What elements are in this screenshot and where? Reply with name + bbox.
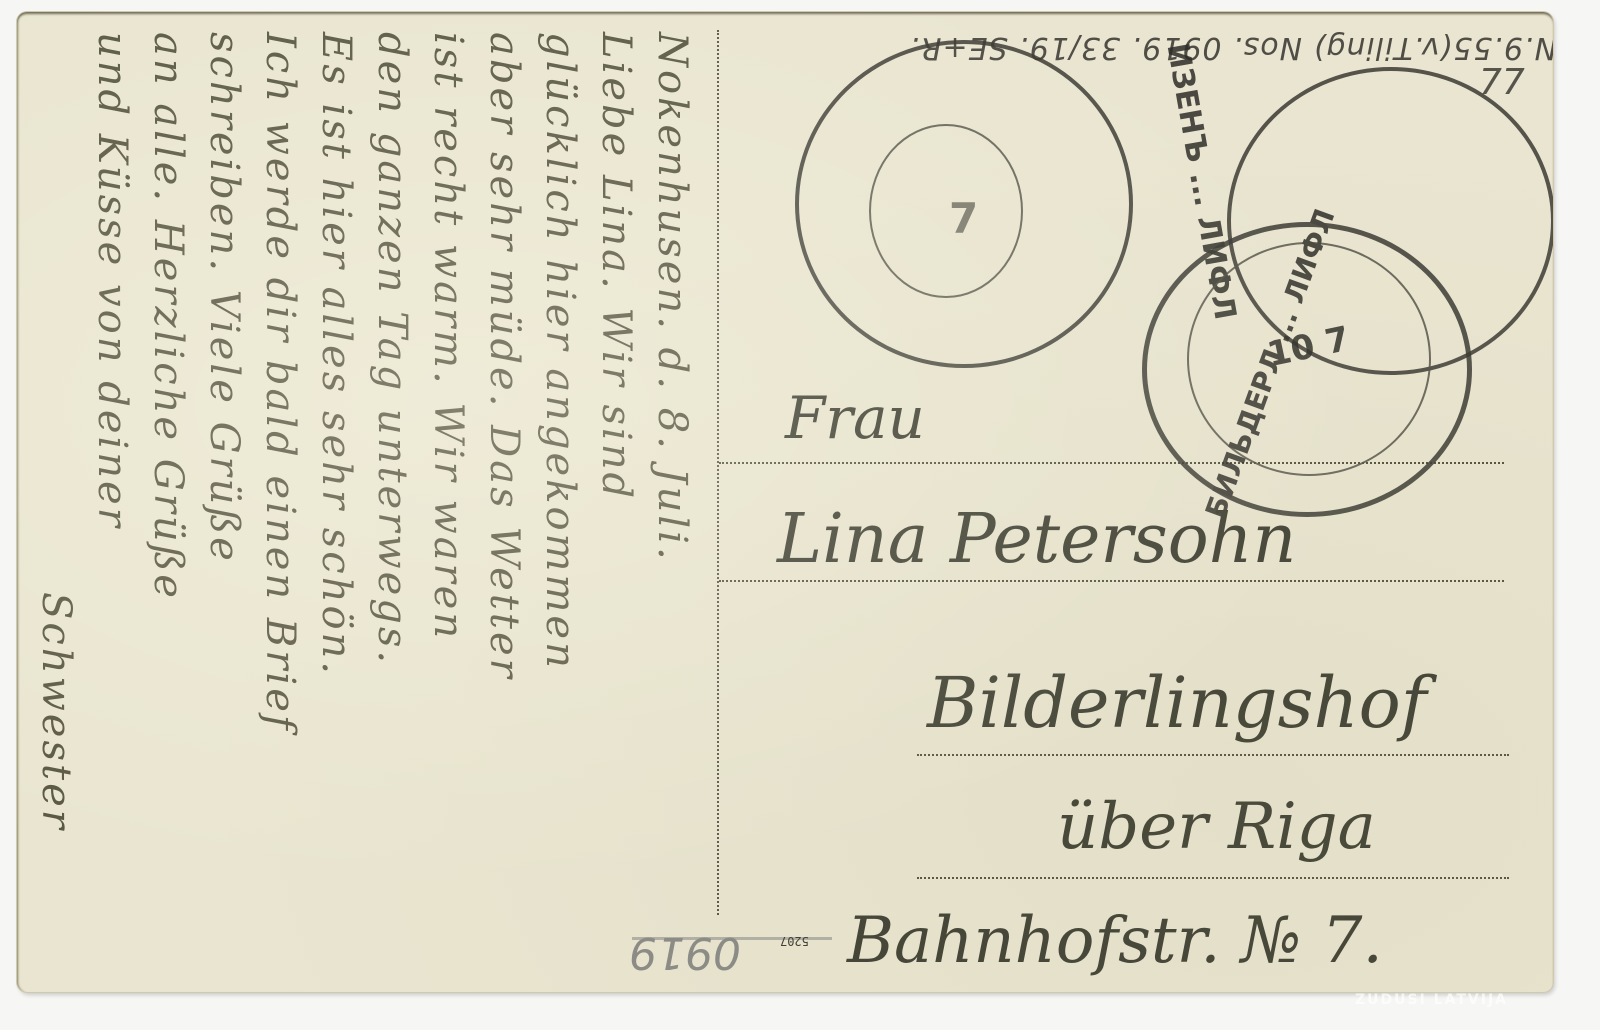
message-line: glücklich hier angekommen	[537, 32, 583, 671]
message-line: an alle. Herzliche Grüße	[145, 32, 191, 601]
address-via: über Riga	[1057, 790, 1376, 864]
postmark-1-date: 7	[949, 194, 978, 243]
address-line-4	[917, 877, 1509, 879]
address-street: Bahnhofstr. № 7.	[847, 904, 1383, 978]
message-line: den ganzen Tag unterwegs.	[369, 32, 415, 666]
watermark: ZUDUSI LATVIJA	[1355, 992, 1508, 1008]
message-line: Es ist hier alles sehr schön.	[313, 32, 359, 677]
message-line: aber sehr müde. Das Wetter	[481, 32, 527, 681]
address-line-2	[719, 580, 1504, 582]
postmark-2: 10 7 БИЛЬДЕРЛ ... ЛИФЛ	[1142, 222, 1472, 517]
message-line: Liebe Lina. Wir sind	[593, 32, 639, 501]
message-line: schreiben. Viele Grüße	[201, 32, 247, 564]
address-line-3	[917, 754, 1509, 756]
message-signature: Schwester	[33, 592, 79, 832]
address-name: Lina Petersohn	[777, 500, 1296, 579]
printer-code: 5207	[780, 934, 809, 948]
archive-note: N.9.55(v.Tiling) Nos. 0919. 33/19. SE+R.	[737, 30, 1553, 65]
address-place: Bilderlingshof	[927, 662, 1427, 744]
address-salutation: Frau	[785, 384, 925, 452]
message-line: Ich werde dir bald einen Brief	[257, 32, 303, 733]
vertical-divider	[717, 30, 719, 915]
postmark-1: ИЗЕНЪ ... ЛИФЛ 7	[795, 40, 1133, 368]
message-line: ist recht warm. Wir waren	[425, 32, 471, 641]
pencil-number: 0919	[629, 927, 741, 978]
message-line: und Küsse von deiner	[89, 32, 135, 530]
message-line: Nokenhusen. d. 8. Juli.	[649, 32, 695, 563]
postcard: N.9.55(v.Tiling) Nos. 0919. 33/19. SE+R.…	[17, 12, 1553, 992]
